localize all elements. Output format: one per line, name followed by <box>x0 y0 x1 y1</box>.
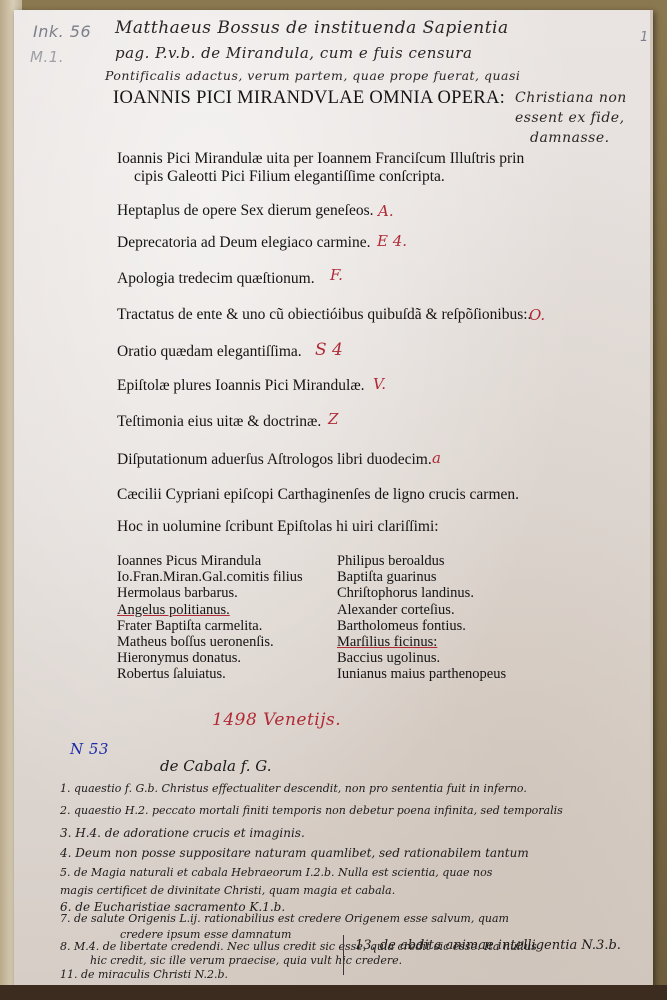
manuscript-note-line: 4. Deum non posse suppositare naturam qu… <box>60 846 529 860</box>
contents-entry-vita: Ioannis Pici Mirandulæ uita per Ioannem … <box>117 150 524 168</box>
manuscript-note-line-3: Pontificalis adactus, verum partem, quae… <box>105 68 520 83</box>
rubricated-signature-mark: Z <box>328 410 338 428</box>
manuscript-note-line-5: essent ex fide, <box>515 110 625 126</box>
correspondent-name: Baptiſta guarinus <box>337 569 506 585</box>
contents-entry-oratio: Oratio quædam elegantiſſima. <box>117 343 302 361</box>
correspondent-name: Io.Fran.Miran.Gal.comitis filius <box>117 569 303 585</box>
page-title: IOANNIS PICI MIRANDVLAE OMNIA OPERA: <box>113 88 505 109</box>
correspondent-name: Baccius ugolinus. <box>337 650 506 666</box>
manuscript-note-line: 5. de Magia naturali et cabala Hebraeoru… <box>60 866 492 879</box>
correspondents-left-column: Ioannes Picus Mirandula Io.Fran.Miran.Ga… <box>117 553 303 683</box>
contents-entry-vita-cont: cipis Galeotti Pici Filium elegantiſſime… <box>134 168 445 186</box>
contents-entry-disputationes: Diſputationum aduerſus Aſtrologos libri … <box>117 451 432 469</box>
contents-entry-deprecatoria: Deprecatoria ad Deum elegiaco carmine. <box>117 234 370 252</box>
correspondent-name: Angelus politianus. <box>117 602 303 618</box>
contents-entry-epistolae: Epiſtolæ plures Ioannis Pici Mirandulæ. <box>117 377 365 395</box>
rubricated-signature-mark: O. <box>529 306 545 324</box>
contents-entry-epistolarum-auctores: Hoc in uolumine ſcribunt Epiſtolas hi ui… <box>117 518 439 536</box>
correspondents-right-column: Philipus beroaldus Baptiſta guarinus Chr… <box>337 553 506 683</box>
contents-entry-heptaplus: Heptaplus de opere Sex dierum geneſeos. <box>117 202 374 220</box>
correspondent-name: Philipus beroaldus <box>337 553 506 569</box>
manuscript-divider-line <box>343 935 344 975</box>
correspondent-name: Alexander corteſius. <box>337 602 506 618</box>
rubricated-signature-mark: F. <box>330 266 343 284</box>
correspondent-name: Hermolaus barbarus. <box>117 585 303 601</box>
imprint-date-note: 1498 Venetijs. <box>212 710 341 730</box>
correspondent-name: Matheus boſſus ueronenſis. <box>117 634 303 650</box>
correspondent-name: Frater Baptiſta carmelita. <box>117 618 303 634</box>
rubricated-signature-mark: S 4 <box>315 340 343 360</box>
manuscript-note-line: 3. H.4. de adoratione crucis et imaginis… <box>60 826 305 840</box>
manuscript-heading: de Cabala f. G. <box>160 757 272 775</box>
manuscript-note-line-2: pag. P.v.b. de Mirandula, cum e fuis cen… <box>115 44 472 62</box>
correspondent-name: Chriſtophorus landinus. <box>337 585 506 601</box>
pencil-page-number: 1 <box>640 30 649 45</box>
contents-entry-testimonia: Teſtimonia eius uitæ & doctrinæ. <box>117 413 321 431</box>
manuscript-note-line-1: Matthaeus Bossus de instituenda Sapienti… <box>115 18 509 38</box>
pencil-shelfmark-line2: M.1. <box>30 48 64 66</box>
manuscript-note-line: magis certificet de divinitate Christi, … <box>60 884 395 897</box>
correspondent-name: Bartholomeus fontius. <box>337 618 506 634</box>
correspondent-name: Robertus ſaluiatus. <box>117 666 303 682</box>
manuscript-note-line-6: damnasse. <box>530 130 610 146</box>
contents-entry-tractatus: Tractatus de ente & uno cũ obiectióibus … <box>117 306 531 324</box>
rubricated-signature-mark: E 4. <box>377 232 407 250</box>
manuscript-note-line: 7. de salute Origenis L.ij. rationabiliu… <box>60 912 509 925</box>
correspondent-name: Ioannes Picus Mirandula <box>117 553 303 569</box>
manuscript-note-line-4: Christiana non <box>515 90 627 106</box>
correspondent-name: Hieronymus donatus. <box>117 650 303 666</box>
manuscript-note-line: 13. de abdita animae intelligentia N.3.b… <box>355 938 621 953</box>
library-number: N 53 <box>70 740 109 758</box>
contents-entry-apologia: Apologia tredecim quæſtionum. <box>117 270 315 288</box>
pencil-shelfmark: Ink. 56 <box>33 22 91 41</box>
contents-entry-cyprianus: Cæcilii Cypriani epiſcopi Carthaginenſes… <box>117 486 519 504</box>
rubricated-signature-mark: V. <box>373 375 386 393</box>
correspondent-name: Marſilius ficinus: <box>337 634 506 650</box>
manuscript-note-line: 1. quaestio f. G.b. Christus effectualit… <box>60 782 527 795</box>
rubricated-signature-mark: A. <box>378 202 394 220</box>
rubricated-signature-mark: a <box>432 449 441 467</box>
manuscript-note-line: 2. quaestio H.2. peccato mortali finiti … <box>60 804 563 817</box>
correspondent-name: Iunianus maius parthenopeus <box>337 666 506 682</box>
